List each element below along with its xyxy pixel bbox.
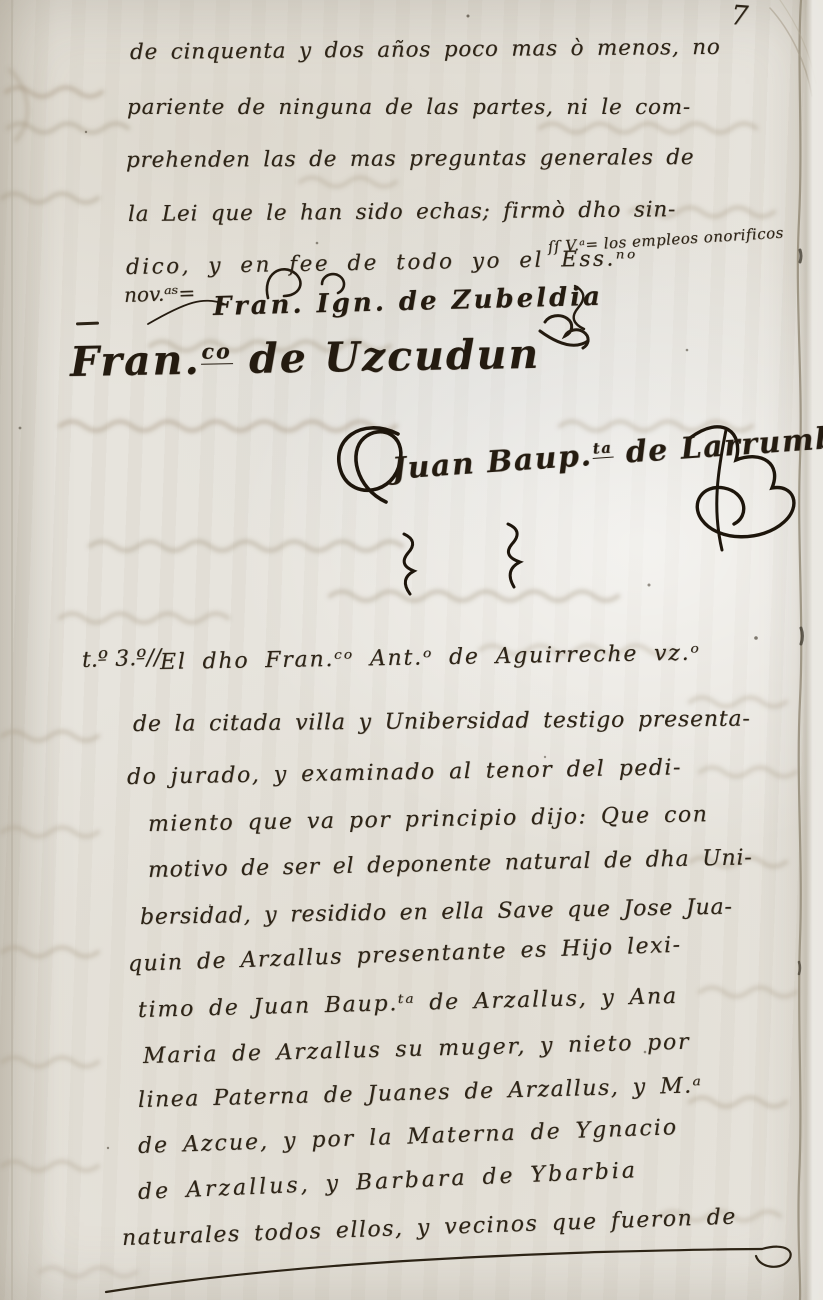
manuscript-line: linea Paterna de Juanes de Arzallus, y M… [138, 1073, 703, 1113]
manuscript-line: de Azcue, y por la Materna de Ygnacio [138, 1115, 679, 1159]
signature-zubeldia: Fran. Ign. de Zubeldia [213, 282, 604, 322]
page-fold-line [11, 0, 13, 1300]
signature-uzcudun-part2: de Uzcudun [232, 330, 540, 383]
signature-uzcudun-superscript: co [200, 339, 233, 365]
signature-larrumbide-superscript: ta [591, 438, 614, 458]
folio-number: 7 [730, 0, 749, 32]
manuscript-line: motivo de ser el deponente natural de dh… [148, 845, 753, 883]
manuscript-line: miento que va por principio dijo: Que co… [148, 802, 709, 837]
signature-uzcudun-part1: Fran. [70, 336, 201, 386]
manuscript-line: de Arzallus, y Barbara de Ybarbia [137, 1158, 638, 1205]
manuscript-line: do jurado, y examinado al tenor del pedi… [127, 755, 682, 790]
manuscript-line: de cinquenta y dos años poco mas ò menos… [130, 35, 721, 65]
manuscript-line: la Lei que le han sido echas; firmò dho … [128, 197, 676, 227]
page-right-edge [797, 0, 823, 1300]
section-marker-witness-3: t.º 3.º// [82, 645, 162, 673]
signature-larrumbide: Juan Baup.ta de Larrumbide [391, 417, 823, 487]
manuscript-line: quin de Arzallus presentante es Hijo lex… [128, 933, 682, 977]
manuscript-line: Maria de Arzallus su muger, y nieto por [143, 1030, 691, 1069]
manuscript-line: naturales todos ellos, y vecinos que fue… [122, 1205, 738, 1251]
interline-insertion-note: ſſ V.ᵃ= los empleos onorificos [547, 224, 784, 256]
manuscript-page: 7 de cinquenta y dos años poco mas ò men… [0, 0, 823, 1300]
manuscript-line: de la citada villa y Unibersidad testigo… [133, 707, 751, 737]
manuscript-line: prehenden las de mas preguntas generales… [126, 145, 694, 173]
manuscript-line: timo de Juan Baup.ᵗᵃ de Arzallus, y Ana [138, 984, 679, 1023]
ink-specks [19, 15, 758, 1150]
manuscript-line: bersidad, y residido en ella Save que Jo… [140, 895, 733, 930]
marginal-abbreviation: nov.ᵃˢ= [124, 281, 196, 307]
manuscript-line: pariente de ninguna de las partes, ni le… [127, 95, 691, 120]
signature-uzcudun: Fran.co de Uzcudun [70, 330, 541, 386]
bottom-flourish-line [106, 1247, 791, 1292]
signature-larrumbide-part1: Juan Baup. [391, 438, 594, 487]
signature-larrumbide-part2: de Larrumbide [613, 417, 823, 471]
margin-dash-mark [76, 322, 99, 326]
manuscript-line: El dho Fran.ᶜᵒ Ant.ᵒ de Aguirreche vz.ᵒ [160, 641, 701, 675]
